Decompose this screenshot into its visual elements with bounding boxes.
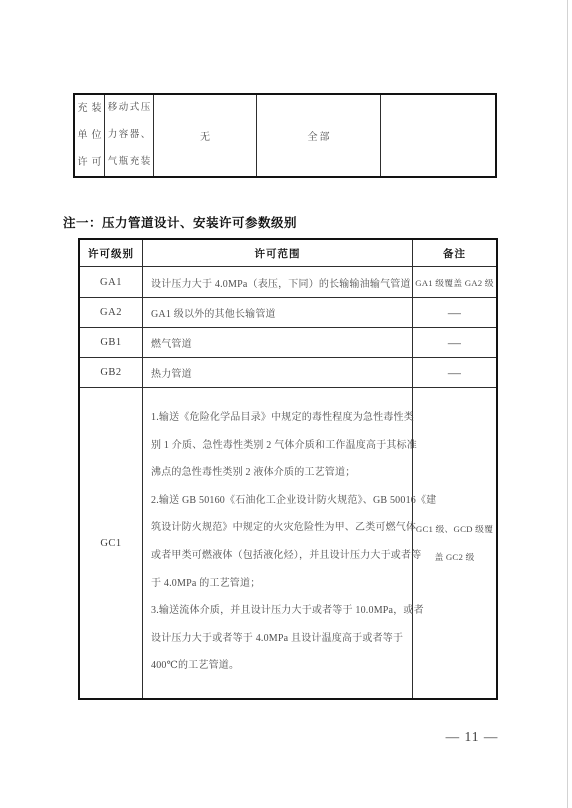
- note-heading: 注一：压力管道设计、安装许可参数级别: [63, 213, 297, 231]
- scope-line: 设计压力大于或者等于 4.0MPa 且设计温度高于或者等于: [151, 625, 403, 653]
- scope-line: 400℃的工艺管道。: [151, 652, 239, 680]
- remark-cell-gb1: —: [413, 328, 496, 358]
- remark-cell-gb2: —: [413, 358, 496, 388]
- page-number: — 11 —: [424, 729, 520, 745]
- remark-line: GC1 级、GCD 级覆: [416, 515, 493, 543]
- none-value-cell: 无: [154, 95, 257, 176]
- cell-line: 力容器、: [106, 122, 152, 149]
- scan-edge-line: [567, 0, 568, 808]
- remark-cell-gc1: GC1 级、GCD 级覆 盖 GC2 级: [413, 388, 496, 698]
- header-permit-scope: 许可范围: [143, 240, 413, 267]
- document-page: { "top_table": { "unit_cell_lines": ["充装…: [0, 0, 572, 808]
- all-value-cell: 全部: [257, 95, 381, 176]
- scope-cell-ga1: 设计压力大于 4.0MPa（表压，下同）的长输输油输气管道: [143, 267, 413, 298]
- cell-text: 全部: [306, 128, 332, 143]
- header-permit-level: 许可级别: [80, 240, 143, 267]
- header-remark: 备注: [413, 240, 496, 267]
- level-cell-gc1: GC1: [80, 388, 143, 698]
- cell-line: 充装: [74, 95, 106, 122]
- remark-cell-ga1: GA1 级覆盖 GA2 级: [413, 267, 496, 298]
- scope-line: 筑设计防火规范》中规定的火灾危险性为甲、乙类可燃气体: [151, 514, 416, 542]
- cell-text: 无: [198, 128, 212, 143]
- filling-unit-permit-cell: 充装 单位 许可: [75, 95, 105, 176]
- level-cell-ga1: GA1: [80, 267, 143, 298]
- permit-level-table: 许可级别 许可范围 备注 GA1 设计压力大于 4.0MPa（表压，下同）的长输…: [78, 238, 498, 700]
- equipment-type-cell: 移动式压 力容器、 气瓶充装: [105, 95, 154, 176]
- cell-line: 许可: [74, 149, 106, 176]
- cell-line: 单位: [74, 122, 106, 149]
- remark-cell-ga2: —: [413, 298, 496, 328]
- scope-cell-gb2: 热力管道: [143, 358, 413, 388]
- remark-line: 盖 GC2 级: [434, 543, 474, 571]
- scope-line: 3.输送流体介质，并且设计压力大于或者等于 10.0MPa，或者: [151, 597, 424, 625]
- filling-unit-table: 充装 单位 许可 移动式压 力容器、 气瓶充装 无 全部: [73, 93, 497, 178]
- scope-cell-gb1: 燃气管道: [143, 328, 413, 358]
- level-cell-ga2: GA2: [80, 298, 143, 328]
- scope-line: 于 4.0MPa 的工艺管道；: [151, 570, 260, 598]
- cell-line: 移动式压: [106, 95, 152, 122]
- cell-line: 气瓶充装: [106, 149, 152, 176]
- scope-cell-ga2: GA1 级以外的其他长输管道: [143, 298, 413, 328]
- scope-line: 沸点的急性毒性类别 2 液体介质的工艺管道；: [151, 459, 355, 487]
- level-cell-gb1: GB1: [80, 328, 143, 358]
- scope-cell-gc1: 1.输送《危险化学品目录》中规定的毒性程度为急性毒性类 别 1 介质、急性毒性类…: [143, 388, 413, 698]
- scope-line: 2.输送 GB 50160《石油化工企业设计防火规范》、GB 50016《建: [151, 487, 436, 515]
- scope-line: 别 1 介质、急性毒性类别 2 气体介质和工作温度高于其标准: [151, 432, 417, 460]
- empty-cell: [381, 95, 495, 176]
- scope-line: 1.输送《危险化学品目录》中规定的毒性程度为急性毒性类: [151, 404, 414, 432]
- scope-line: 或者甲类可燃液体（包括液化烃），并且设计压力大于或者等: [151, 542, 421, 570]
- level-cell-gb2: GB2: [80, 358, 143, 388]
